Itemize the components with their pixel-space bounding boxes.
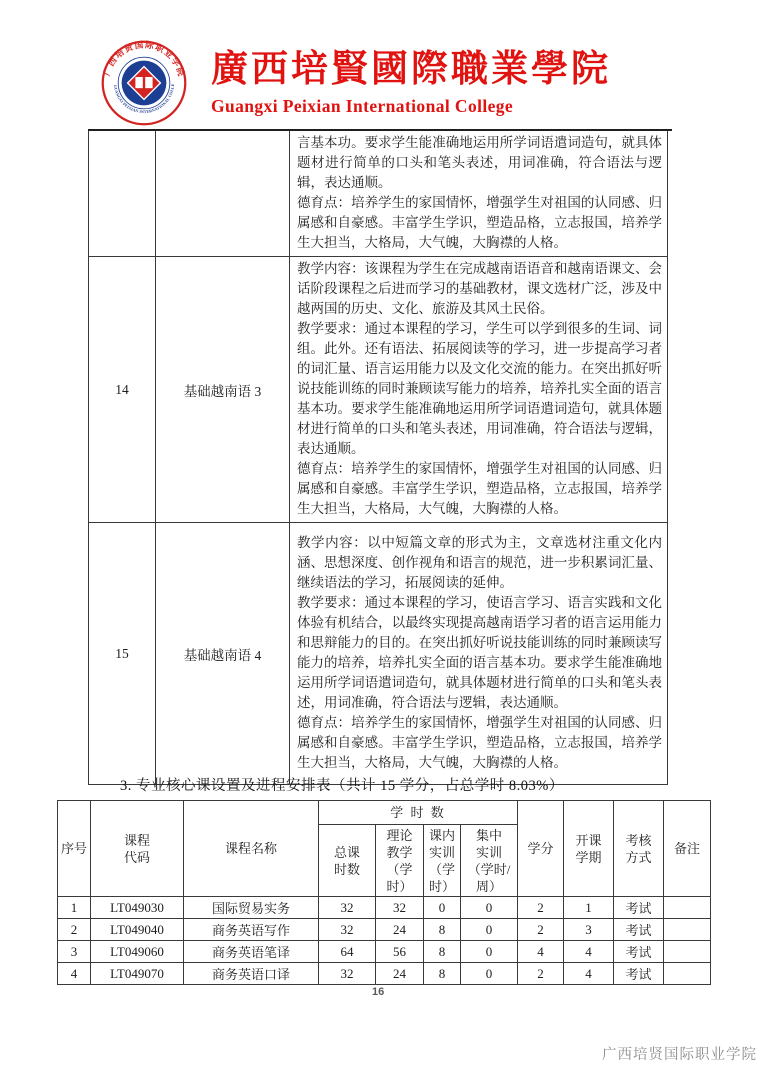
- schedule-row: 4LT049070商务英语口译32248024考试: [58, 963, 711, 985]
- section-title: 3. 专业核心课设置及进程安排表（共计 15 学分，占总学时 8.03%）: [120, 774, 564, 795]
- schedule-cell: 0: [424, 897, 461, 919]
- college-seal-icon: 广西培贤国际职业学院 GUANGXI PEIXIAN INTERNATIONAL…: [101, 40, 187, 126]
- header-assessment: 考核 方式: [614, 801, 664, 897]
- course-no-cell: 15: [89, 523, 156, 785]
- schedule-cell: 国际贸易实务: [184, 897, 319, 919]
- schedule-cell: LT049060: [91, 941, 184, 963]
- schedule-cell: 64: [319, 941, 376, 963]
- description-paragraph: 德育点：培养学生的家国情怀，增强学生对祖国的认同感、归属感和自豪感。丰富学生学识…: [297, 459, 662, 519]
- description-paragraph: 言基本功。要求学生能准确地运用所学词语遣词造句，就具体题材进行简单的口头和笔头表…: [297, 133, 662, 193]
- schedule-cell: 0: [461, 963, 518, 985]
- header-total-hours: 总课 时数: [319, 825, 376, 897]
- schedule-cell: 商务英语口译: [184, 963, 319, 985]
- footer-watermark: 广西培贤国际职业学院: [602, 1043, 757, 1064]
- schedule-cell: 4: [564, 941, 614, 963]
- header-name: 课程名称: [184, 801, 319, 897]
- course-desc-cell: 教学内容：以中短篇文章的形式为主，文章选材注重文化内涵、思想深度、创作视角和语言…: [290, 523, 668, 785]
- header-code: 课程 代码: [91, 801, 184, 897]
- schedule-cell: 32: [376, 897, 424, 919]
- schedule-cell: 2: [518, 897, 564, 919]
- header-no: 序号: [58, 801, 91, 897]
- schedule-cell: 32: [319, 897, 376, 919]
- schedule-cell: 1: [564, 897, 614, 919]
- description-paragraph: 教学要求：通过本课程的学习，使语言学习、语言实践和文化体验有机结合，以最终实现提…: [297, 593, 662, 713]
- schedule-cell: 2: [518, 919, 564, 941]
- college-seal-svg: 广西培贤国际职业学院 GUANGXI PEIXIAN INTERNATIONAL…: [101, 40, 187, 126]
- schedule-cell: 8: [424, 963, 461, 985]
- course-description-table: 言基本功。要求学生能准确地运用所学词语遣词造句，就具体题材进行简单的口头和笔头表…: [88, 131, 668, 785]
- schedule-cell: [664, 919, 711, 941]
- header-remarks: 备注: [664, 801, 711, 897]
- description-paragraph: 德育点：培养学生的家国情怀，增强学生对祖国的认同感、归属感和自豪感。丰富学生学识…: [297, 713, 662, 773]
- schedule-cell: 4: [58, 963, 91, 985]
- schedule-cell: LT049040: [91, 919, 184, 941]
- course-name-cell: [156, 131, 290, 257]
- schedule-cell: LT049030: [91, 897, 184, 919]
- schedule-cell: [664, 941, 711, 963]
- schedule-cell: 3: [58, 941, 91, 963]
- course-table-body: 言基本功。要求学生能准确地运用所学词语遣词造句，就具体题材进行简单的口头和笔头表…: [89, 131, 668, 785]
- letterhead: 广西培贤国际职业学院 GUANGXI PEIXIAN INTERNATIONAL…: [0, 0, 763, 132]
- schedule-cell: 8: [424, 941, 461, 963]
- schedule-cell: 32: [319, 963, 376, 985]
- schedule-table-head: 序号 课程 代码 课程名称 学 时 数 学分 开课 学期 考核 方式 备注 总课…: [58, 801, 711, 897]
- course-row: 14基础越南语 3教学内容：该课程为学生在完成越南语语音和越南语课文、会话阶段课…: [89, 257, 668, 523]
- schedule-cell: LT049070: [91, 963, 184, 985]
- schedule-cell: 1: [58, 897, 91, 919]
- schedule-cell: 2: [58, 919, 91, 941]
- schedule-cell: 3: [564, 919, 614, 941]
- schedule-row: 1LT049030国际贸易实务32320021考试: [58, 897, 711, 919]
- course-row: 言基本功。要求学生能准确地运用所学词语遣词造句，就具体题材进行简单的口头和笔头表…: [89, 131, 668, 257]
- page-number: 16: [372, 986, 384, 998]
- header-semester: 开课 学期: [564, 801, 614, 897]
- schedule-cell: 考试: [614, 941, 664, 963]
- description-paragraph: 教学内容：以中短篇文章的形式为主，文章选材注重文化内涵、思想深度、创作视角和语言…: [297, 533, 662, 593]
- schedule-cell: 考试: [614, 919, 664, 941]
- header-concentrated-hours: 集中 实训 （学时/ 周）: [461, 825, 518, 897]
- schedule-cell: 24: [376, 919, 424, 941]
- schedule-cell: 0: [461, 941, 518, 963]
- schedule-cell: 4: [564, 963, 614, 985]
- schedule-row: 3LT049060商务英语笔译64568044考试: [58, 941, 711, 963]
- document-page: 广西培贤国际职业学院 GUANGXI PEIXIAN INTERNATIONAL…: [0, 0, 763, 1080]
- course-desc-cell: 言基本功。要求学生能准确地运用所学词语遣词造句，就具体题材进行简单的口头和笔头表…: [290, 131, 668, 257]
- schedule-row: 2LT049040商务英语写作32248023考试: [58, 919, 711, 941]
- schedule-cell: 32: [319, 919, 376, 941]
- schedule-cell: 56: [376, 941, 424, 963]
- course-no-cell: 14: [89, 257, 156, 523]
- schedule-cell: 商务英语笔译: [184, 941, 319, 963]
- schedule-cell: [664, 897, 711, 919]
- course-no-cell: [89, 131, 156, 257]
- course-name-cell: 基础越南语 4: [156, 523, 290, 785]
- description-paragraph: 德育点：培养学生的家国情怀，增强学生对祖国的认同感、归属感和自豪感。丰富学生学识…: [297, 193, 662, 253]
- schedule-cell: 考试: [614, 897, 664, 919]
- seal-book-spine: [143, 76, 144, 89]
- schedule-cell: 2: [518, 963, 564, 985]
- seal-book-left-page: [135, 77, 142, 88]
- course-row: 15基础越南语 4教学内容：以中短篇文章的形式为主，文章选材注重文化内涵、思想深…: [89, 523, 668, 785]
- header-theory-hours: 理论 教学 （学 时）: [376, 825, 424, 897]
- college-titles: 廣西培賢國際職業學院 Guangxi Peixian International…: [211, 46, 671, 118]
- description-paragraph: 教学要求：通过本课程的学习，学生可以学到很多的生词、词组。此外。还有语法、拓展阅…: [297, 319, 662, 459]
- schedule-cell: 0: [461, 897, 518, 919]
- schedule-cell: 0: [461, 919, 518, 941]
- course-name-cell: 基础越南语 3: [156, 257, 290, 523]
- college-name-en: Guangxi Peixian International College: [211, 94, 671, 118]
- schedule-cell: 考试: [614, 963, 664, 985]
- schedule-cell: 24: [376, 963, 424, 985]
- schedule-cell: [664, 963, 711, 985]
- description-paragraph: 教学内容：该课程为学生在完成越南语语音和越南语课文、会话阶段课程之后进而学习的基…: [297, 259, 662, 319]
- header-hours-group: 学 时 数: [319, 801, 518, 825]
- header-inclass-hours: 课内 实训 （学 时）: [424, 825, 461, 897]
- schedule-table-body: 1LT049030国际贸易实务32320021考试2LT049040商务英语写作…: [58, 897, 711, 985]
- college-name-zh: 廣西培賢國際職業學院: [211, 46, 671, 94]
- schedule-cell: 商务英语写作: [184, 919, 319, 941]
- course-desc-cell: 教学内容：该课程为学生在完成越南语语音和越南语课文、会话阶段课程之后进而学习的基…: [290, 257, 668, 523]
- core-course-schedule-table: 序号 课程 代码 课程名称 学 时 数 学分 开课 学期 考核 方式 备注 总课…: [57, 800, 711, 985]
- schedule-cell: 8: [424, 919, 461, 941]
- seal-book-right-page: [145, 77, 152, 88]
- schedule-cell: 4: [518, 941, 564, 963]
- header-credits: 学分: [518, 801, 564, 897]
